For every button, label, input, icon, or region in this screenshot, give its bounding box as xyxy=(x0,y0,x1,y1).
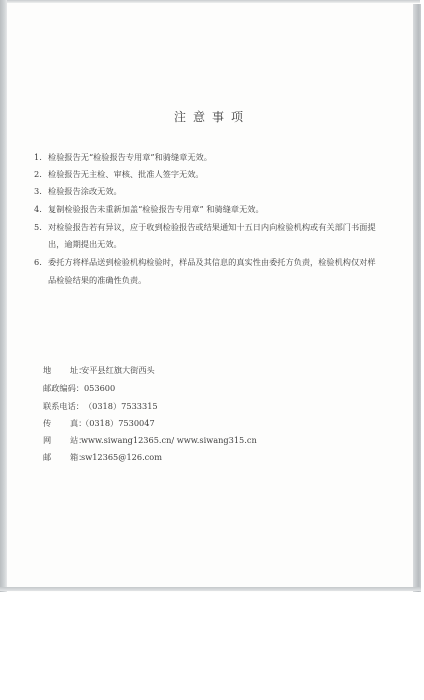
note-number: 2. xyxy=(34,169,48,179)
note-item-6: 6.委托方将样品送到检验机构检验时，样品及其信息的真实性由委托方负责，检验机构仅… xyxy=(34,257,376,267)
contact-email: 邮箱：sw12365@126.com xyxy=(43,452,162,462)
note-text: 委托方将样品送到检验机构检验时，样品及其信息的真实性由委托方负责，检验机构仅对样 xyxy=(48,257,376,267)
note-number: 1. xyxy=(34,152,48,162)
note-text: 对检验报告若有异议，应于收到检验报告或结果通知十五日内向检验机构或有关部门书面提 xyxy=(48,222,376,232)
note-number: 4. xyxy=(34,204,48,214)
address-label: 地址： xyxy=(43,365,81,375)
note-text: 复制检验报告未重新加盖“检验报告专用章” 和骑缝章无效。 xyxy=(48,204,264,214)
contact-address: 地址：安平县红旗大街西头 xyxy=(43,365,155,375)
scanned-page xyxy=(0,0,420,592)
postcode-value: 053600 xyxy=(84,383,115,393)
website-value[interactable]: www.siwang12365.cn/ www.siwang315.cn xyxy=(81,435,257,445)
scan-edge-top xyxy=(7,0,420,3)
page-title: 注意事项 xyxy=(0,108,424,125)
scan-edge-bottom xyxy=(0,587,421,591)
note-item-5-continuation: 出，逾期提出无效。 xyxy=(48,239,122,249)
note-item-6-continuation: 品检验结果的准确性负责。 xyxy=(48,275,146,285)
note-item-3: 3.检验报告涂改无效。 xyxy=(34,186,122,196)
phone-label: 联系电话： xyxy=(43,401,84,411)
contact-fax: 传真：（0318）7530047 xyxy=(43,418,155,428)
note-item-2: 2.检验报告无主检、审核、批准人签字无效。 xyxy=(34,169,204,179)
contact-postcode: 邮政编码：053600 xyxy=(43,383,115,393)
note-number: 3. xyxy=(34,186,48,196)
address-value: 安平县红旗大街西头 xyxy=(81,365,155,375)
scan-edge-right xyxy=(413,4,421,592)
fax-value: （0318）7530047 xyxy=(81,418,155,428)
note-text: 检验报告涂改无效。 xyxy=(48,186,122,196)
note-number: 5. xyxy=(34,222,48,232)
email-value[interactable]: sw12365@126.com xyxy=(81,452,162,462)
note-number: 6. xyxy=(34,257,48,267)
note-item-5: 5.对检验报告若有异议，应于收到检验报告或结果通知十五日内向检验机构或有关部门书… xyxy=(34,222,376,232)
phone-value: （0318）7533315 xyxy=(84,401,158,411)
website-label: 网站： xyxy=(43,435,81,445)
postcode-label: 邮政编码： xyxy=(43,383,84,393)
fax-label: 传真： xyxy=(43,418,81,428)
contact-phone: 联系电话：（0318）7533315 xyxy=(43,401,158,411)
note-text: 检验报告无“检验报告专用章”和骑缝章无效。 xyxy=(48,152,212,162)
note-text: 检验报告无主检、审核、批准人签字无效。 xyxy=(48,169,204,179)
contact-website: 网站：www.siwang12365.cn/ www.siwang315.cn xyxy=(43,435,257,445)
email-label: 邮箱： xyxy=(43,452,81,462)
note-item-4: 4.复制检验报告未重新加盖“检验报告专用章” 和骑缝章无效。 xyxy=(34,204,264,214)
note-item-1: 1.检验报告无“检验报告专用章”和骑缝章无效。 xyxy=(34,152,212,162)
scan-edge-left xyxy=(0,0,7,592)
